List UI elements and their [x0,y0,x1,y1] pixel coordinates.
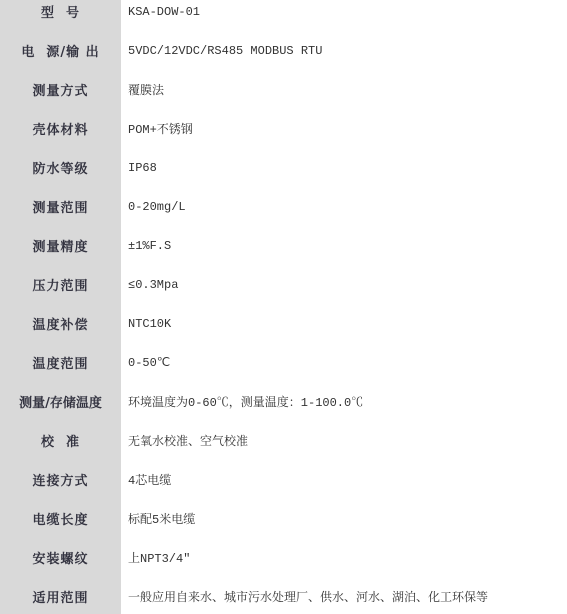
value-measurement-method: 覆膜法 [121,70,567,109]
table-row-measurement-storage-temperature: 测量/存储温度 环境温度为0-60℃，测量温度：1-100.0℃ [0,382,567,421]
label-temperature-range: 温度范围 [0,343,121,382]
table-row-measurement-method: 测量方式 覆膜法 [0,70,567,109]
value-connection-method: 4芯电缆 [121,460,567,499]
table-row-housing-material: 壳体材料 POM+不锈钢 [0,109,567,148]
value-pressure-range: ≤0.3Mpa [121,265,567,304]
label-mounting-thread: 安装螺纹 [0,538,121,577]
table-row-temperature-range: 温度范围 0-50℃ [0,343,567,382]
value-cable-length: 标配5米电缆 [121,499,567,538]
table-row-waterproof-rating: 防水等级 IP68 [0,148,567,187]
table-row-cable-length: 电缆长度 标配5米电缆 [0,499,567,538]
value-calibration: 无氧水校准、空气校准 [121,421,567,460]
label-model: 型 号 [0,0,121,31]
label-measurement-range: 测量范围 [0,187,121,226]
label-connection-method: 连接方式 [0,460,121,499]
table-row-temperature-compensation: 温度补偿 NTC10K [0,304,567,343]
label-application-scope: 适用范围 [0,577,121,614]
value-waterproof-rating: IP68 [121,148,567,187]
label-power-output: 电 源/输 出 [0,31,121,70]
table-row-power-output: 电 源/输 出 5VDC/12VDC/RS485 MODBUS RTU [0,31,567,70]
table-row-mounting-thread: 安装螺纹 上NPT3/4″ [0,538,567,577]
value-measurement-accuracy: ±1%F.S [121,226,567,265]
table-row-application-scope: 适用范围 一般应用自来水、城市污水处理厂、供水、河水、湖泊、化工环保等 [0,577,567,614]
value-model: KSA-DOW-01 [121,0,567,31]
table-row-pressure-range: 压力范围 ≤0.3Mpa [0,265,567,304]
table-row-measurement-range: 测量范围 0-20mg/L [0,187,567,226]
label-measurement-accuracy: 测量精度 [0,226,121,265]
value-temperature-range: 0-50℃ [121,343,567,382]
table-row-measurement-accuracy: 测量精度 ±1%F.S [0,226,567,265]
table-row-calibration: 校 准 无氧水校准、空气校准 [0,421,567,460]
label-calibration: 校 准 [0,421,121,460]
label-measurement-method: 测量方式 [0,70,121,109]
value-housing-material: POM+不锈钢 [121,109,567,148]
label-housing-material: 壳体材料 [0,109,121,148]
label-waterproof-rating: 防水等级 [0,148,121,187]
label-pressure-range: 压力范围 [0,265,121,304]
table-row-model: 型 号 KSA-DOW-01 [0,0,567,31]
value-application-scope: 一般应用自来水、城市污水处理厂、供水、河水、湖泊、化工环保等 [121,577,567,614]
value-measurement-storage-temperature: 环境温度为0-60℃，测量温度：1-100.0℃ [121,382,567,421]
label-cable-length: 电缆长度 [0,499,121,538]
spec-table: 型 号 KSA-DOW-01 电 源/输 出 5VDC/12VDC/RS485 … [0,0,567,614]
label-temperature-compensation: 温度补偿 [0,304,121,343]
value-mounting-thread: 上NPT3/4″ [121,538,567,577]
value-measurement-range: 0-20mg/L [121,187,567,226]
value-power-output: 5VDC/12VDC/RS485 MODBUS RTU [121,31,567,70]
label-measurement-storage-temperature: 测量/存储温度 [0,382,121,421]
table-row-connection-method: 连接方式 4芯电缆 [0,460,567,499]
value-temperature-compensation: NTC10K [121,304,567,343]
